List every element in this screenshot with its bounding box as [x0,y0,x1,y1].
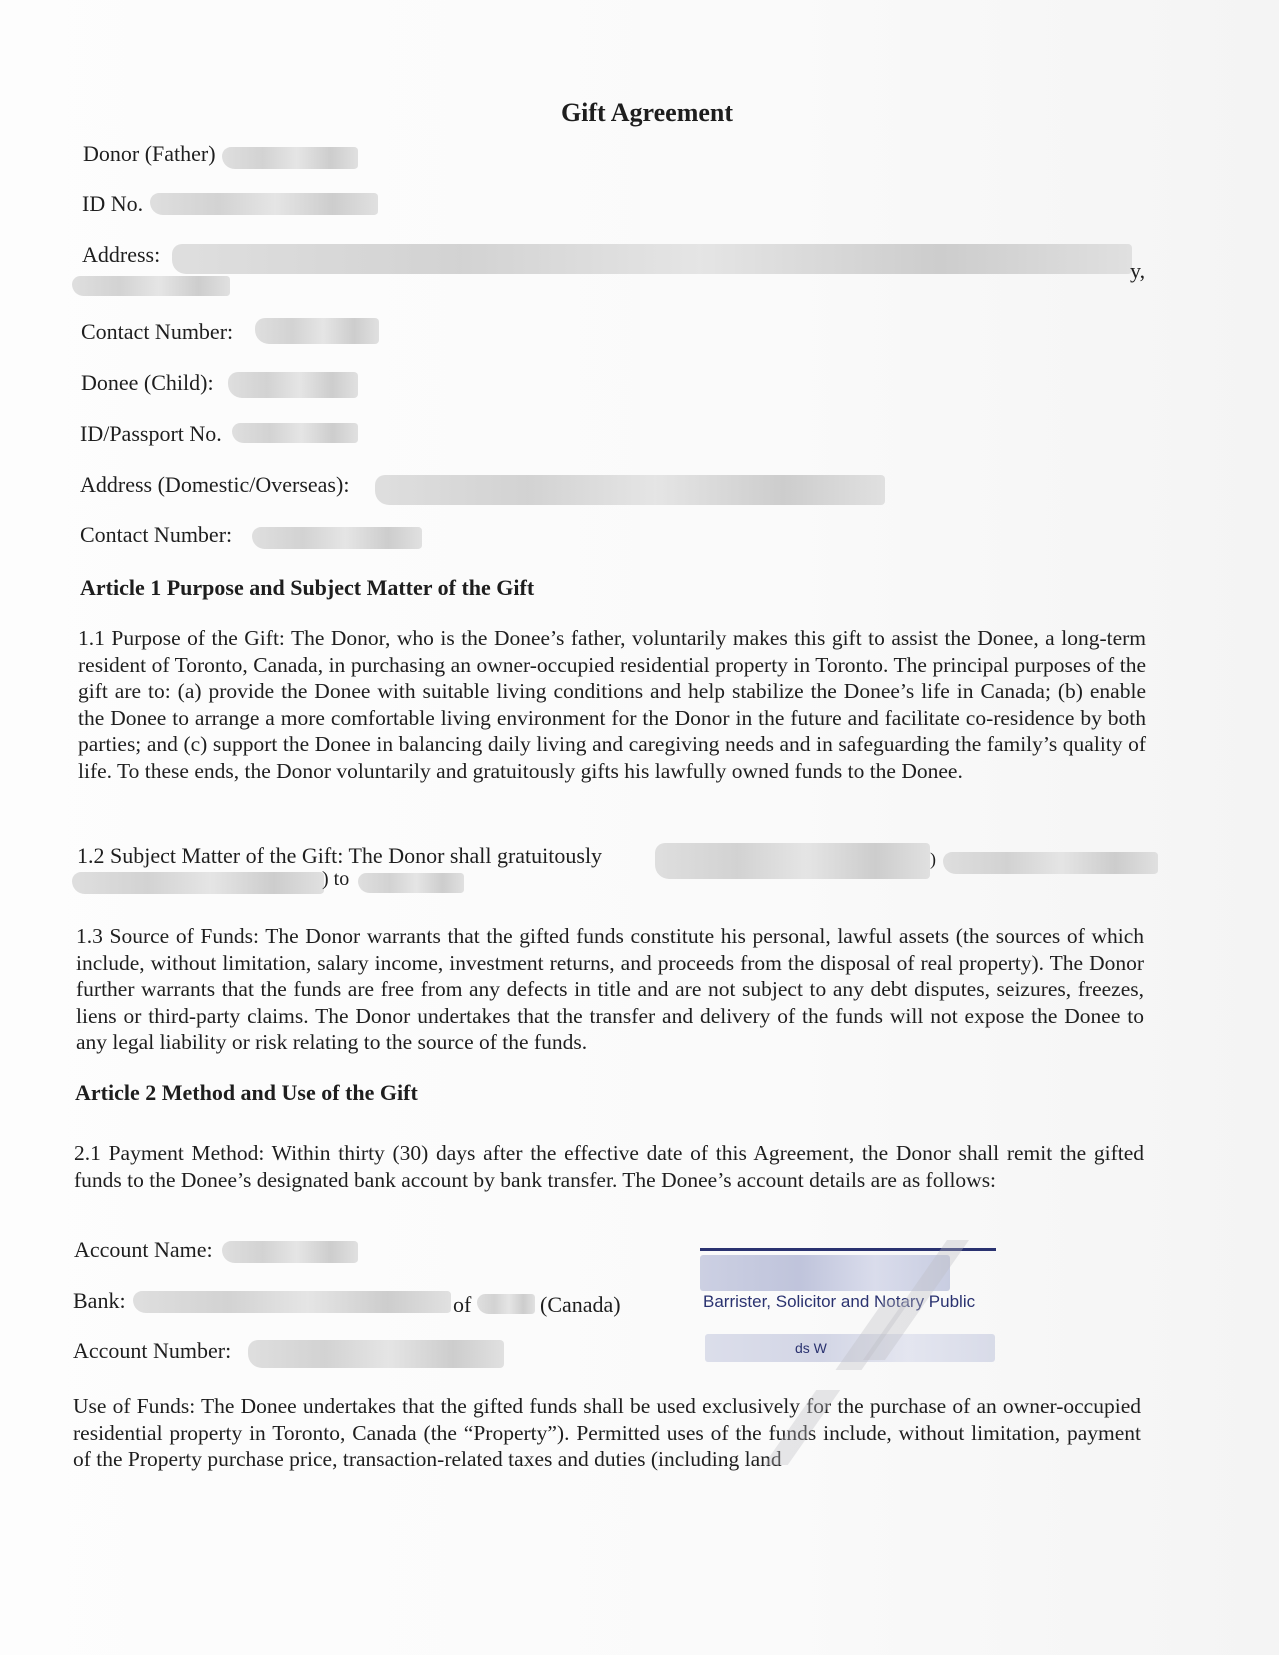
redacted-donor-id [150,193,378,215]
donor-address-label: Address: [82,242,160,268]
donee-label: Donee (Child): [81,370,214,396]
donor-contact-label: Contact Number: [81,319,233,345]
stamp-fragment: ds W [795,1340,827,1356]
redacted-donee-contact [252,527,422,549]
clause-1-2-prefix: 1.2 Subject Matter of the Gift: The Dono… [77,843,602,869]
document-title: Gift Agreement [0,98,1279,128]
clause-1-3: 1.3 Source of Funds: The Donor warrants … [76,923,1144,1056]
article-2-heading: Article 2 Method and Use of the Gift [75,1080,418,1106]
use-of-funds-clause: Use of Funds: The Donee undertakes that … [73,1393,1141,1473]
stamp-title: Barrister, Solicitor and Notary Public [703,1292,975,1312]
redacted-account-name [222,1241,358,1263]
redacted-bank-name [133,1291,451,1313]
bank-of: of [453,1292,471,1318]
account-number-label: Account Number: [73,1338,231,1364]
redacted-donor-address-line2 [72,276,230,296]
clause-1-1: 1.1 Purpose of the Gift: The Donor, who … [78,625,1146,784]
clause-1-2-paren: ) [930,849,936,870]
donee-id-label: ID/Passport No. [80,421,222,447]
document-page: Gift Agreement Donor (Father) ID No. Add… [0,0,1279,1655]
bank-country: (Canada) [540,1292,621,1318]
donor-address-tail: y, [1130,258,1145,284]
redacted-gift-amount-line2 [72,872,324,894]
redacted-gift-amount-words [943,852,1158,874]
redacted-recipient [358,873,464,893]
clause-1-2-tail: ) to [322,868,349,891]
donor-id-label: ID No. [82,191,143,217]
account-name-label: Account Name: [74,1237,213,1263]
bank-label: Bank: [73,1288,126,1314]
article-1-heading: Article 1 Purpose and Subject Matter of … [80,575,534,601]
donor-label: Donor (Father) [83,141,216,167]
redacted-donor-address [172,244,1132,274]
redacted-gift-amount [655,843,930,879]
donee-address-label: Address (Domestic/Overseas): [80,472,349,498]
clause-2-1: 2.1 Payment Method: Within thirty (30) d… [74,1140,1144,1193]
redacted-donee-id [232,423,358,443]
redacted-donor-contact [255,318,379,344]
redacted-donee-address [375,475,885,505]
redacted-donor-name [222,147,358,169]
redacted-stamp-name [700,1255,950,1291]
donee-contact-label: Contact Number: [80,522,232,548]
redacted-bank-country [477,1294,535,1314]
redacted-account-number [248,1340,504,1368]
redacted-donee-name [228,372,358,398]
